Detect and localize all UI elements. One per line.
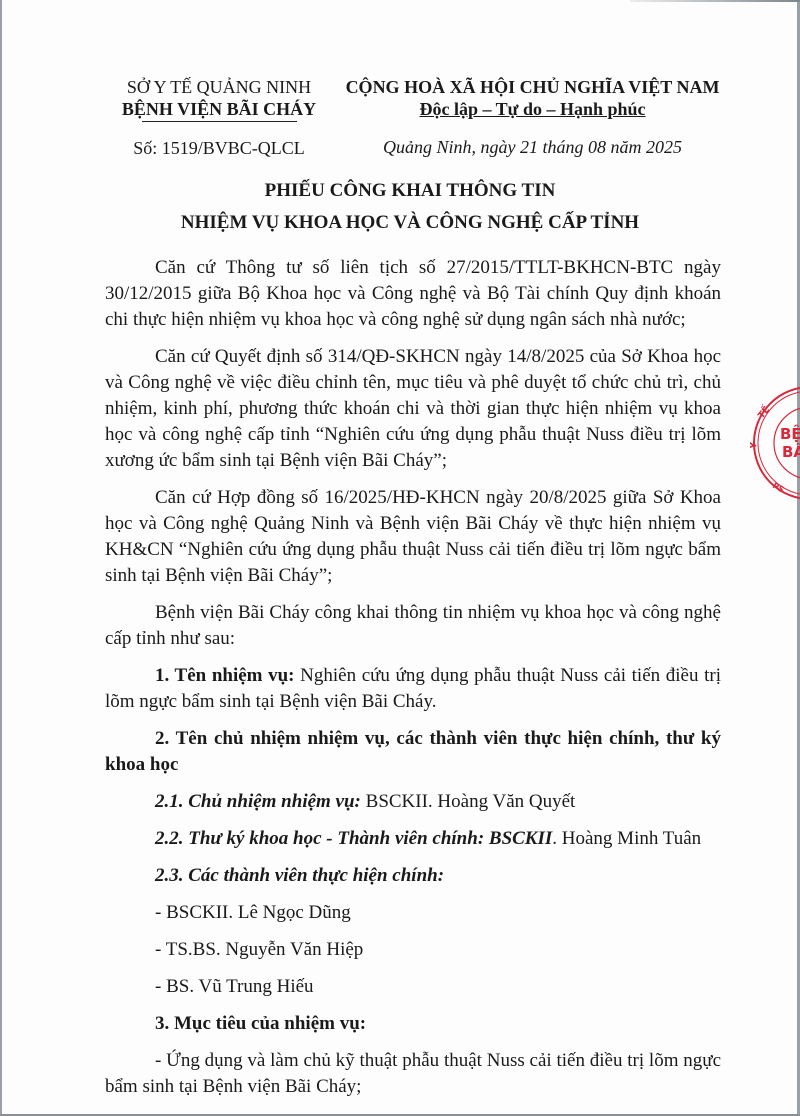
document-title: PHIẾU CÔNG KHAI THÔNG TIN NHIỆM VỤ KHOA … <box>100 175 720 239</box>
title-line-2: NHIỆM VỤ KHOA HỌC VÀ CÔNG NGHỆ CẤP TỈNH <box>100 207 720 239</box>
section-2-2: 2.2. Thư ký khoa học - Thành viên chính:… <box>105 826 721 852</box>
section-2-1: 2.1. Chủ nhiệm nhiệm vụ: BSCKII. Hoàng V… <box>105 789 721 815</box>
section-1-label: 1. Tên nhiệm vụ: <box>155 665 295 686</box>
scan-edge-left <box>0 0 2 1116</box>
national-motto: Độc lập – Tự do – Hạnh phúc <box>345 98 720 120</box>
section-2-3-heading: 2.3. Các thành viên thực hiện chính: <box>105 863 721 889</box>
legal-basis-2: Căn cứ Quyết định số 314/QĐ-SKHCN ngày 1… <box>105 344 721 474</box>
section-3-heading: 3. Mục tiêu của nhiệm vụ: <box>105 1011 721 1037</box>
national-header: CỘNG HOÀ XÃ HỘI CHỦ NGHĨA VIỆT NAM Độc l… <box>345 76 720 158</box>
hospital-name: BỆNH VIỆN BÃI CHÁY <box>112 98 326 120</box>
member-item: - BS. Vũ Trung Hiếu <box>105 974 721 1000</box>
objective-item: - Ứng dụng và làm chủ kỹ thuật phẫu thuậ… <box>105 1048 721 1100</box>
section-2-1-text: BSCKII. Hoàng Văn Quyết <box>361 791 575 812</box>
svg-text:Y: Y <box>750 441 760 450</box>
intro-paragraph: Bệnh viện Bãi Cháy công khai thông tin n… <box>105 600 721 652</box>
member-item: - TS.BS. Nguyễn Văn Hiệp <box>105 937 721 963</box>
official-seal-icon: TẾ Y BỆ BÃ PS <box>750 383 800 503</box>
agency-name: SỞ Y TẾ QUẢNG NINH <box>112 76 326 98</box>
svg-text:BỆ: BỆ <box>780 423 800 443</box>
nation-name: CỘNG HOÀ XÃ HỘI CHỦ NGHĨA VIỆT NAM <box>345 76 720 98</box>
svg-text:TẾ: TẾ <box>754 403 772 421</box>
legal-basis-3: Căn cứ Hợp đồng số 16/2025/HĐ-KHCN ngày … <box>105 485 721 589</box>
section-2-2-label: 2.2. Thư ký khoa học - Thành viên chính:… <box>155 828 552 849</box>
member-item: - BSCKII. Lê Ngọc Dũng <box>105 900 721 926</box>
title-line-1: PHIẾU CÔNG KHAI THÔNG TIN <box>100 175 720 207</box>
svg-text:BÃ: BÃ <box>782 442 800 461</box>
document-number: Số: 1519/BVBC-QLCL <box>112 137 326 159</box>
section-2-heading: 2. Tên chủ nhiệm nhiệm vụ, các thành viê… <box>105 726 721 778</box>
place-date: Quảng Ninh, ngày 21 tháng 08 năm 2025 <box>345 136 720 158</box>
divider <box>142 121 297 122</box>
issuer-block: SỞ Y TẾ QUẢNG NINH BỆNH VIỆN BÃI CHÁY Số… <box>112 76 326 159</box>
section-2-1-label: 2.1. Chủ nhiệm nhiệm vụ: <box>155 791 361 812</box>
section-1: 1. Tên nhiệm vụ: Nghiên cứu ứng dụng phẫ… <box>105 663 721 715</box>
scan-edge-top <box>630 0 800 2</box>
section-2-2-text: . Hoàng Minh Tuân <box>552 828 701 849</box>
document-body: Căn cứ Thông tư số liên tịch số 27/2015/… <box>105 255 721 1111</box>
legal-basis-1: Căn cứ Thông tư số liên tịch số 27/2015/… <box>105 255 721 333</box>
